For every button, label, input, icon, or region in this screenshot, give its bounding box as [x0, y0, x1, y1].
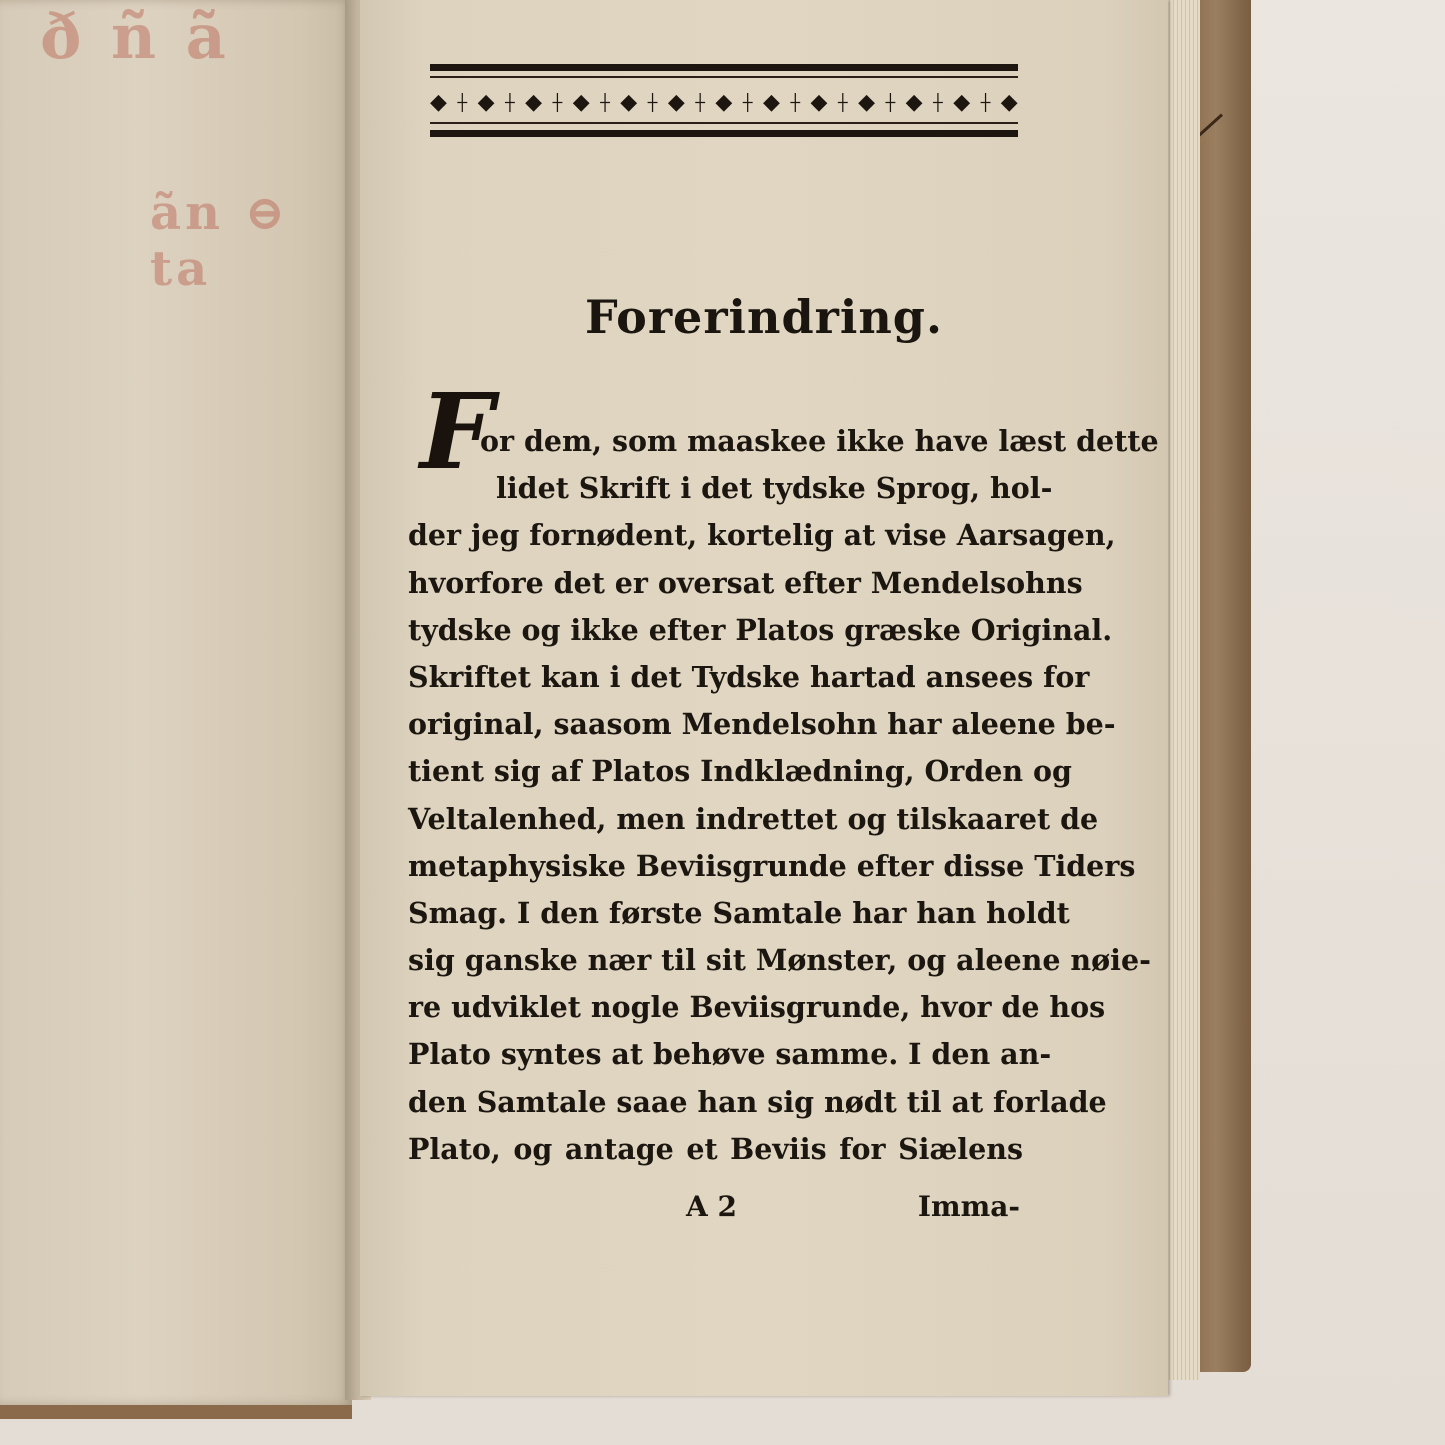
- top-thin-rule: [430, 76, 1018, 78]
- text-line: metaphysiske Beviisgrunde efter disse Ti…: [408, 843, 1023, 890]
- cross-separator-icon: ┼: [838, 93, 848, 112]
- ornamental-header-band: ◆┼◆┼◆┼◆┼◆┼◆┼◆┼◆┼◆┼◆┼◆┼◆┼◆: [430, 62, 1018, 144]
- cross-separator-icon: ┼: [600, 93, 610, 112]
- red-ink-show-through: ð ñ ã: [40, 0, 230, 73]
- text-line: or dem, som maaskee ikke have læst dette: [408, 418, 1023, 465]
- text-line: Smag. I den første Samtale har han holdt: [408, 890, 1023, 937]
- red-ink-show-through: ãn ⊖ ta: [150, 185, 352, 297]
- text-line: sig ganske nær til sit Mønster, og aleen…: [408, 937, 1023, 984]
- diamond-ornament-row: ◆┼◆┼◆┼◆┼◆┼◆┼◆┼◆┼◆┼◆┼◆┼◆┼◆: [430, 88, 1018, 116]
- diamond-ornament-icon: ◆: [620, 90, 637, 115]
- diamond-ornament-icon: ◆: [763, 90, 780, 115]
- text-line: tydske og ikke efter Platos græske Origi…: [408, 607, 1023, 654]
- cross-separator-icon: ┼: [505, 93, 515, 112]
- text-line: hvorfore det er oversat efter Mendelsohn…: [408, 560, 1023, 607]
- cross-separator-icon: ┼: [885, 93, 895, 112]
- diamond-ornament-icon: ◆: [953, 90, 970, 115]
- bottom-thin-rule: [430, 122, 1018, 124]
- diamond-ornament-icon: ◆: [525, 90, 542, 115]
- text-line: der jeg fornødent, kortelig at vise Aars…: [408, 512, 1023, 559]
- cross-separator-icon: ┼: [933, 93, 943, 112]
- text-line: den Samtale saae han sig nødt til at for…: [408, 1079, 1023, 1126]
- diamond-ornament-icon: ◆: [715, 90, 732, 115]
- text-line: Skriftet kan i det Tydske hartad ansees …: [408, 654, 1023, 701]
- text-line: Veltalenhed, men indrettet og tilskaaret…: [408, 796, 1023, 843]
- text-line: re udviklet nogle Beviisgrunde, hvor de …: [408, 984, 1023, 1031]
- body-text: or dem, som maaskee ikke have læst dette…: [408, 418, 1023, 1173]
- cross-separator-icon: ┼: [553, 93, 563, 112]
- text-line: original, saasom Mendelsohn har aleene b…: [408, 701, 1023, 748]
- diamond-ornament-icon: ◆: [906, 90, 923, 115]
- diamond-ornament-icon: ◆: [668, 90, 685, 115]
- text-line: lidet Skrift i det tydske Sprog, hol-: [408, 465, 1023, 512]
- cross-separator-icon: ┼: [743, 93, 753, 112]
- diamond-ornament-icon: ◆: [573, 90, 590, 115]
- page-footer: A 2 Imma-: [408, 1190, 1020, 1234]
- diamond-ornament-icon: ◆: [1001, 90, 1018, 115]
- text-line: Plato, og antage et Beviis for Siælens: [408, 1126, 1023, 1173]
- page-title: Forerindring.: [360, 290, 1168, 344]
- catchword: Imma-: [918, 1190, 1020, 1223]
- diamond-ornament-icon: ◆: [430, 90, 447, 115]
- top-thick-rule: [430, 64, 1018, 71]
- signature-mark: A 2: [686, 1190, 737, 1223]
- left-page: ð ñ ã ãn ⊖ ta: [0, 0, 352, 1419]
- cross-separator-icon: ┼: [981, 93, 991, 112]
- text-line: tient sig af Platos Indklædning, Orden o…: [408, 748, 1023, 795]
- diamond-ornament-icon: ◆: [858, 90, 875, 115]
- cross-separator-icon: ┼: [695, 93, 705, 112]
- cross-separator-icon: ┼: [457, 93, 467, 112]
- diamond-ornament-icon: ◆: [478, 90, 495, 115]
- bottom-thick-rule: [430, 130, 1018, 137]
- cross-separator-icon: ┼: [790, 93, 800, 112]
- text-line: Plato syntes at behøve samme. I den an-: [408, 1031, 1023, 1078]
- page-edges: [1166, 0, 1200, 1380]
- cross-separator-icon: ┼: [648, 93, 658, 112]
- diamond-ornament-icon: ◆: [811, 90, 828, 115]
